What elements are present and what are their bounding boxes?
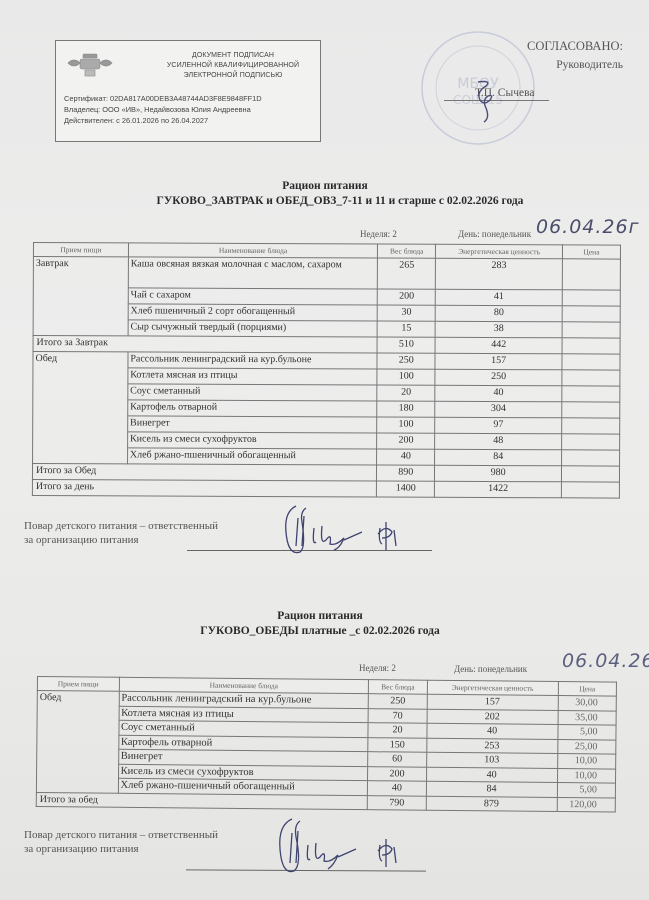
meal-label: Обед — [36, 691, 119, 793]
column-header: Прием пищи — [33, 243, 128, 257]
dish-name: Хлеб пшеничный 2 сорт обогащенный — [128, 304, 378, 321]
dish-weight: 200 — [368, 766, 427, 781]
column-header: Цена — [558, 682, 617, 697]
column-header: Прием пищи — [37, 677, 119, 692]
dish-weight: 70 — [368, 708, 427, 723]
column-header: Вес блюда — [369, 680, 428, 695]
day-total-label: Итого за день — [32, 479, 376, 497]
dish-energy: 40 — [427, 723, 558, 739]
dish-energy: 48 — [435, 433, 562, 450]
dish-weight: 100 — [377, 417, 435, 433]
dish-name: Котлета мясная из птицы — [128, 368, 378, 385]
dish-weight: 250 — [377, 353, 435, 369]
dish-name: Хлеб ржано-пшеничный обогащенный — [127, 448, 377, 465]
menu1-week: Неделя: 2 — [360, 229, 397, 239]
dish-energy: 40 — [426, 767, 557, 783]
dish-weight: 200 — [378, 289, 436, 305]
table-row: Обед Рассольник ленинградский на кур.бул… — [33, 352, 620, 371]
dish-price — [562, 434, 620, 450]
dish-energy: 38 — [435, 321, 562, 338]
dish-price: 5,00 — [557, 724, 616, 739]
dish-name: Каша овсяная вязкая молочная с маслом, с… — [128, 257, 378, 289]
total-weight: 510 — [377, 337, 435, 353]
dish-price: 10,00 — [557, 753, 616, 768]
esignature-heading: ДОКУМЕНТ ПОДПИСАН УСИЛЕННОЙ КВАЛИФИЦИРОВ… — [148, 51, 318, 81]
total-label: Итого за обед — [36, 792, 367, 810]
dish-weight: 40 — [377, 449, 435, 465]
dish-weight: 150 — [368, 737, 427, 752]
dish-energy: 283 — [436, 258, 563, 290]
menu1-title: Рацион питания — [180, 180, 470, 192]
total-label: Итого за Обед — [32, 464, 376, 482]
dish-price — [562, 290, 620, 306]
dish-price — [562, 450, 620, 466]
dish-energy: 250 — [435, 369, 562, 386]
dish-weight: 265 — [378, 258, 436, 289]
column-header: Вес блюда — [378, 244, 436, 258]
dish-price — [562, 322, 620, 338]
esignature-validity: Действителен: с 26.01.2026 по 26.04.2027 — [64, 115, 262, 126]
table-row: Завтрак Каша овсяная вязкая молочная с м… — [33, 257, 620, 291]
signoff-line: Повар детского питания – ответственный — [24, 519, 218, 533]
dish-price — [562, 370, 620, 386]
day-total-weight: 1400 — [377, 481, 435, 497]
day-total-price — [561, 482, 619, 498]
dish-name: Рассольник ленинградский на кур.бульоне — [128, 352, 378, 369]
total-energy: 980 — [435, 465, 562, 482]
dish-weight: 60 — [368, 752, 427, 767]
dish-name: Картофель отварной — [128, 400, 378, 417]
esignature-certificate: Сертификат: 02DA817A00DEB3A48744AD3F8E98… — [64, 93, 262, 104]
approval-position: Руководитель — [505, 59, 623, 71]
dish-price — [562, 259, 620, 290]
dish-energy: 80 — [435, 305, 562, 322]
menu2-handwritten-date: 06.04.26г — [562, 650, 649, 672]
day-total-energy: 1422 — [435, 481, 562, 498]
dish-energy: 40 — [435, 385, 562, 402]
total-price — [562, 466, 620, 482]
esignature-owner: Владелец: ООО «ИВ», Недайвозова Юлия Анд… — [64, 104, 262, 115]
column-header: Наименование блюда — [128, 243, 378, 258]
dish-price: 25,00 — [557, 739, 616, 754]
dish-energy: 97 — [435, 417, 562, 434]
menu1-subtitle: ГУКОВО_ЗАВТРАК и ОБЕД_ОВЗ_7-11 и 11 и ст… — [110, 195, 570, 207]
dish-price: 35,00 — [558, 710, 617, 725]
esignature-heading-line: ДОКУМЕНТ ПОДПИСАН — [148, 51, 318, 61]
dish-name: Кисель из смеси сухофруктов — [127, 432, 377, 449]
coat-of-arms-icon — [66, 51, 114, 79]
meal-label: Завтрак — [33, 257, 128, 336]
dish-energy: 103 — [426, 752, 557, 768]
menu2-day: День: понедельник — [454, 664, 527, 674]
total-energy: 879 — [426, 796, 557, 812]
dish-price — [562, 354, 620, 370]
menu2-week: Неделя: 2 — [359, 663, 396, 673]
dish-energy: 202 — [427, 709, 558, 725]
day-total-row: Итого за день 1400 1422 — [32, 479, 619, 498]
signoff-line: за организацию питания — [24, 842, 218, 856]
dish-energy: 84 — [426, 781, 557, 797]
dish-name: Сыр сычужный твердый (порциями) — [128, 320, 378, 337]
total-energy: 442 — [435, 337, 562, 354]
dish-weight: 250 — [368, 694, 427, 709]
dish-price — [562, 402, 620, 418]
dish-price: 30,00 — [558, 696, 617, 711]
total-label: Итого за Завтрак — [33, 336, 377, 354]
director-signature-icon — [470, 78, 500, 124]
dish-energy: 157 — [435, 353, 562, 370]
esignature-heading-line: УСИЛЕННОЙ КВАЛИФИЦИРОВАННОЙ — [148, 61, 318, 71]
dish-price — [562, 386, 620, 402]
total-price — [562, 338, 620, 354]
cook-signature-icon — [270, 815, 410, 880]
dish-name: Соус сметанный — [128, 384, 378, 401]
dish-energy: 304 — [435, 401, 562, 418]
dish-weight: 100 — [377, 369, 435, 385]
dish-energy: 84 — [435, 449, 562, 466]
dish-name: Чай с сахаром — [128, 288, 378, 305]
menu1-handwritten-date: 06.04.26г — [536, 216, 640, 238]
column-header: Энергетическая ценность — [427, 680, 558, 695]
total-weight: 890 — [377, 465, 435, 481]
dish-weight: 40 — [368, 781, 427, 796]
menu1-day: День: понедельник — [458, 229, 531, 239]
approval-block: СОГЛАСОВАНО: Руководитель — [505, 39, 623, 71]
dish-name: Винегрет — [128, 416, 378, 433]
column-header: Энергетическая ценность — [436, 244, 563, 259]
total-price: 120,00 — [557, 797, 616, 812]
menu2-table: Прием пищи Наименование блюда Вес блюда … — [36, 676, 617, 813]
dish-energy: 253 — [426, 738, 557, 754]
signoff-line: за организацию питания — [24, 533, 218, 547]
signoff-line: Повар детского питания – ответственный — [24, 828, 218, 842]
menu2-signoff: Повар детского питания – ответственный з… — [24, 828, 218, 856]
meal-label: Обед — [33, 352, 128, 464]
total-weight: 790 — [368, 795, 427, 810]
menu2-title: Рацион питания — [170, 610, 470, 622]
dish-weight: 20 — [377, 385, 435, 401]
electronic-signature-stamp: ДОКУМЕНТ ПОДПИСАН УСИЛЕННОЙ КВАЛИФИЦИРОВ… — [55, 40, 321, 142]
menu1-table: Прием пищи Наименование блюда Вес блюда … — [32, 242, 621, 499]
dish-energy: 41 — [435, 289, 562, 306]
dish-price: 10,00 — [557, 768, 616, 783]
dish-price — [562, 306, 620, 322]
dish-weight: 200 — [377, 433, 435, 449]
menu2-subtitle: ГУКОВО_ОБЕДЫ платные _с 02.02.2026 года — [130, 625, 510, 637]
dish-weight: 180 — [377, 401, 435, 417]
dish-weight: 15 — [377, 321, 435, 337]
esignature-heading-line: ЭЛЕКТРОННОЙ ПОДПИСЬЮ — [148, 71, 318, 81]
dish-weight: 30 — [378, 305, 436, 321]
approval-title: СОГЛАСОВАНО: — [505, 39, 623, 54]
dish-price: 5,00 — [557, 782, 616, 797]
cook-signature-icon — [282, 502, 412, 562]
dish-price — [562, 418, 620, 434]
dish-weight: 20 — [368, 723, 427, 738]
column-header: Цена — [562, 245, 620, 259]
menu1-signoff: Повар детского питания – ответственный з… — [24, 519, 218, 547]
dish-energy: 157 — [427, 694, 558, 710]
